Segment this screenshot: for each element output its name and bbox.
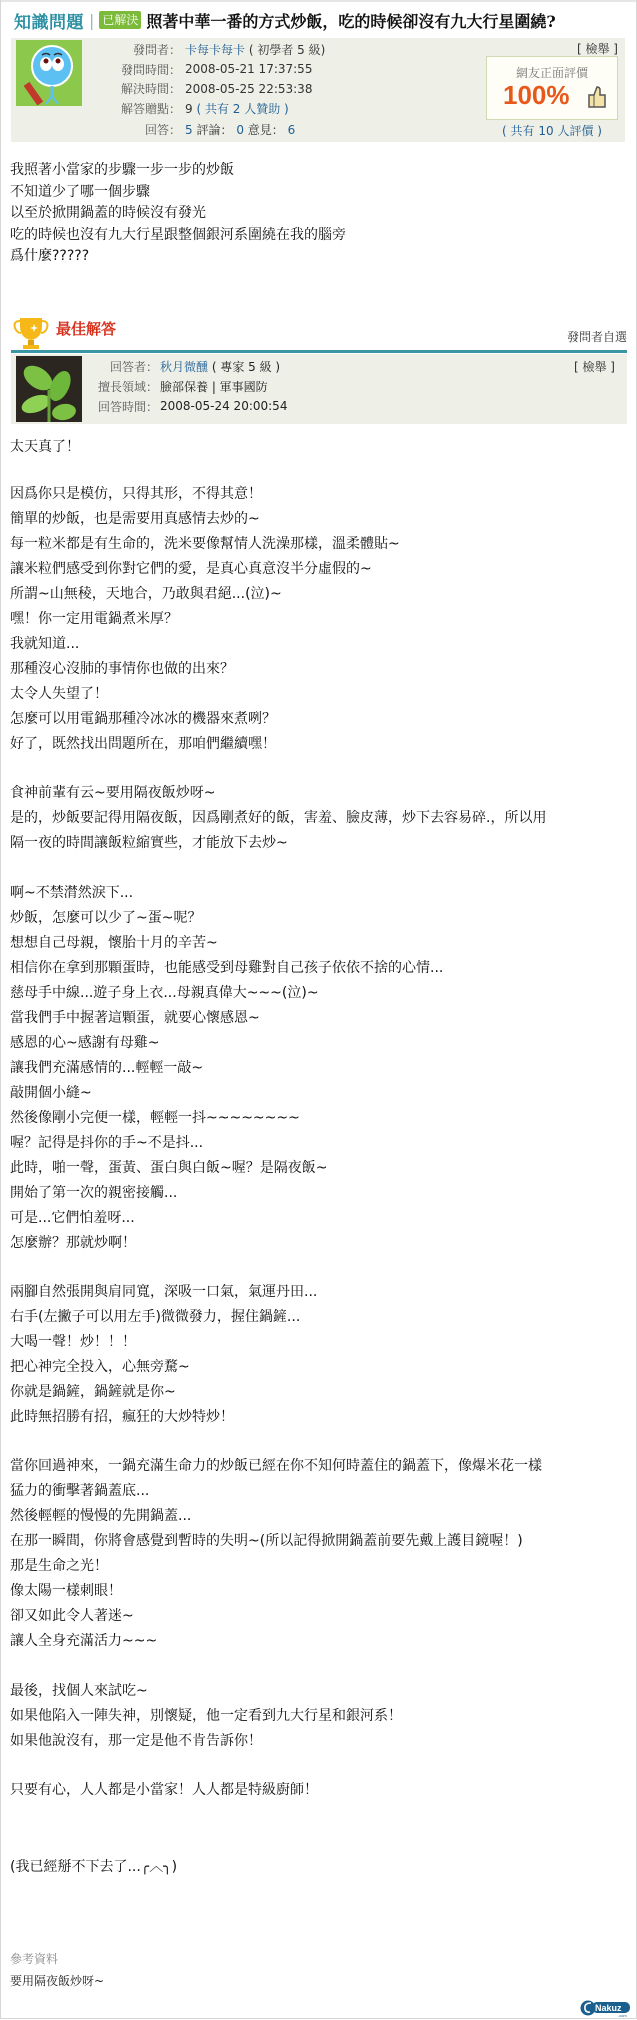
question-line: 不知道少了哪一個步驟 [10, 182, 346, 204]
thumbs-up-icon [587, 85, 607, 109]
answerer-meta: 回答者： 秋月微醺 ( 專家 5 級 ) 擅長領域： 臉部保養 | 軍事國防 回… [83, 356, 287, 416]
report-question-link[interactable]: [ 檢舉 ] [577, 40, 618, 57]
answer-line: 喔？記得是抖你的手~不是抖... [10, 1132, 203, 1154]
answer-line: 是的，炒飯要記得用隔夜飯，因爲剛煮好的飯，害羞、臉皮薄，炒下去容易碎.，所以用 [10, 807, 546, 829]
reference-value: 要用隔夜飯炒呀~ [10, 1972, 104, 1989]
answer-line: 此時，啪一聲，蛋黃、蛋白與白飯~喔？是隔夜飯~ [10, 1157, 327, 1179]
answer-line: 把心神完全投入，心無旁騖~ [10, 1356, 190, 1378]
answer-line: 怎麼可以用電鍋那種冷冰冰的機器來煮咧？ [10, 708, 276, 730]
answerer-info-box: 回答者： 秋月微醺 ( 專家 5 級 ) 擅長領域： 臉部保養 | 軍事國防 回… [11, 354, 627, 424]
points-value: 9 [185, 102, 193, 116]
answer-line: 然後輕輕的慢慢的先開鍋蓋... [10, 1505, 191, 1527]
opinions-count-link[interactable]: 6 [288, 123, 296, 137]
answer-line: 嘿！你一定用電鍋煮米厚？ [10, 608, 178, 630]
answer-line: 那是生命之光！ [10, 1555, 108, 1577]
question-header: 知識問題 | 已解決 照著中華一番的方式炒飯，吃的時候卻沒有九大行星圍繞? [14, 8, 556, 32]
reference-label: 參考資料 [10, 1950, 58, 1967]
best-answer-divider [11, 350, 627, 353]
answerer-level: ( 專家 5 級 ) [212, 360, 280, 374]
question-line: 爲什麼????? [10, 246, 346, 268]
opinions-label: 意見： [248, 123, 284, 137]
answer-line: 可是...它們怕羞呀... [10, 1207, 135, 1229]
divider: | [89, 11, 94, 30]
question-meta: 發問者： 卡每卡每卡 ( 初學者 5 級) 發問時間： 2008-05-21 1… [91, 38, 325, 140]
answer-line: 因爲你只是模仿，只得其形，不得其意！ [10, 483, 262, 505]
comments-count-link[interactable]: 0 [236, 123, 244, 137]
answer-line: 如果他陷入一陣失神，別懷疑，他一定看到九大行星和銀河系！ [10, 1705, 402, 1727]
answer-line: 我就知道... [10, 633, 79, 655]
expertise-value: 臉部保養 | 軍事國防 [160, 378, 268, 395]
best-answer-title: 最佳解答 [56, 318, 116, 339]
answer-line: 慈母手中線...遊子身上衣...母親真偉大~~~(泣)~ [10, 982, 319, 1004]
answer-line: 好了，既然找出問題所在，那咱們繼續嘿！ [10, 733, 276, 755]
asked-time: 2008-05-21 17:37:55 [185, 62, 312, 76]
answer-line: 啊~不禁潸然淚下... [10, 882, 133, 904]
asker-name-link[interactable]: 卡每卡每卡 [185, 43, 245, 57]
answerer-label: 回答者： [83, 358, 158, 375]
solved-time: 2008-05-25 22:53:38 [185, 82, 312, 96]
answer-line: 那種沒心沒肺的事情你也做的出來？ [10, 658, 234, 680]
answer-time-label: 回答時間： [83, 398, 158, 415]
answer-line: 右手(左撇子可以用左手)微微發力，握住鍋鏟... [10, 1306, 300, 1328]
answer-line: 兩腳自然張開與肩同寬，深吸一口氣，氣運丹田... [10, 1281, 317, 1303]
solved-time-label: 解決時間： [91, 80, 181, 97]
svg-text:Nakuz: Nakuz [595, 2003, 622, 2013]
comments-label: 評論： [196, 123, 232, 137]
answer-line: 怎麼辦？那就炒啊！ [10, 1232, 136, 1254]
answer-line: 當你回過神來，一鍋充滿生命力的炒飯已經在你不知何時蓋住的鍋蓋下，像爆米花一樣 [10, 1455, 542, 1477]
status-badge: 已解決 [99, 11, 141, 29]
report-answer-link[interactable]: [ 檢舉 ] [574, 358, 615, 375]
cartoon-avatar-icon [16, 40, 82, 106]
answer-line: 然後像剛小完便一樣，輕輕一抖~~~~~~~~ [10, 1107, 300, 1129]
answer-line: 太令人失望了！ [10, 683, 108, 705]
question-line: 以至於掀開鍋蓋的時候沒有發光 [10, 203, 346, 225]
answer-time: 2008-05-24 20:00:54 [160, 399, 287, 413]
asked-time-label: 發問時間： [91, 61, 181, 78]
answer-line: 太天真了！ [10, 436, 80, 458]
answer-line: 你就是鍋鏟，鍋鏟就是你~ [10, 1381, 176, 1403]
answer-line: 隔一夜的時間讓飯粒縮實些，才能放下去炒~ [10, 832, 288, 854]
answer-line: (我已經掰不下去了...╭︿╮) [10, 1856, 177, 1878]
sprout-avatar-icon [16, 356, 82, 422]
answerer-avatar[interactable] [16, 356, 82, 422]
answer-line: 簡單的炒飯，也是需要用真感情去炒的~ [10, 508, 260, 530]
answer-line: 猛力的衝擊著鍋蓋底... [10, 1480, 149, 1502]
rating-value: 100% [503, 80, 570, 111]
chosen-by-label: 發問者自選 [567, 328, 627, 345]
answer-line: 最後，找個人來試吃~ [10, 1680, 148, 1702]
answer-line: 開始了第一次的親密接觸... [10, 1182, 177, 1204]
sponsors-link[interactable]: ( 共有 2 人贊助 ) [196, 102, 288, 116]
answer-line: 炒飯，怎麼可以少了~蛋~呢？ [10, 907, 201, 929]
answer-line: 只要有心，人人都是小當家！人人都是特級廚師！ [10, 1779, 318, 1801]
answer-line: 食神前輩有云~要用隔夜飯炒呀~ [10, 782, 215, 804]
answer-line: 卻又如此令人著迷~ [10, 1605, 134, 1627]
question-info-box: 發問者： 卡每卡每卡 ( 初學者 5 級) 發問時間： 2008-05-21 1… [11, 38, 625, 142]
expertise-label: 擅長領域： [83, 378, 158, 395]
points-label: 解答贈點： [91, 100, 181, 117]
nakuz-logo-icon: Nakuz .com [580, 1999, 632, 2017]
page-title: 照著中華一番的方式炒飯，吃的時候卻沒有九大行星圍繞? [146, 9, 555, 32]
rating-count-link[interactable]: ( 共有 10 人評價 ) [486, 122, 618, 139]
question-body: 我照著小當家的步驟一步一步的炒飯 不知道少了哪一個步驟 以至於掀開鍋蓋的時候沒有… [10, 160, 346, 268]
question-line: 我照著小當家的步驟一步一步的炒飯 [10, 160, 346, 182]
answer-line: 敲開個小縫~ [10, 1082, 92, 1104]
answer-line: 此時無招勝有招，瘋狂的大炒特炒！ [10, 1406, 234, 1428]
answerer-name-link[interactable]: 秋月微醺 [160, 360, 208, 374]
answer-line: 如果他說沒有，那一定是他不肯告訴你！ [10, 1730, 262, 1752]
trophy-icon [12, 316, 52, 350]
answer-line: 相信你在拿到那顆蛋時，也能感受到母雞對自己孩子依依不捨的心情... [10, 957, 443, 979]
best-answer-header: 最佳解答 發問者自選 [10, 316, 627, 350]
answer-line: 所謂~山無稜，天地合，乃敢與君絕...(泣)~ [10, 583, 282, 605]
answer-line: 讓我們充滿感情的...輕輕一敲~ [10, 1057, 203, 1079]
answer-line: 感恩的心~感謝有母雞~ [10, 1032, 159, 1054]
svg-text:.com: .com [618, 2013, 627, 2017]
answer-line: 像太陽一樣刺眼！ [10, 1580, 122, 1602]
answer-line: 讓人全身充滿活力~~~ [10, 1630, 157, 1652]
answer-line: 大喝一聲！炒！！！ [10, 1331, 136, 1353]
answer-line: 每一粒米都是有生命的，洗米要像幫情人洗澡那樣，溫柔體貼~ [10, 533, 400, 555]
rating-box: 網友正面評價 100% [486, 56, 618, 120]
section-label[interactable]: 知識問題 [14, 8, 84, 33]
answer-line: 想想自己母親，懷胎十月的辛苦~ [10, 932, 218, 954]
answers-count-link[interactable]: 5 [185, 123, 193, 137]
asker-label: 發問者： [91, 41, 181, 58]
asker-avatar[interactable] [16, 40, 82, 106]
asker-level: ( 初學者 5 級) [249, 43, 325, 57]
answer-line: 在那一瞬間，你將會感覺到暫時的失明~(所以記得掀開鍋蓋前要先戴上護目鏡喔！) [10, 1530, 523, 1552]
answer-line: 讓米粒們感受到你對它們的愛，是真心真意沒半分虛假的~ [10, 558, 372, 580]
answers-label: 回答： [91, 121, 181, 138]
rating-label: 網友正面評價 [487, 64, 617, 81]
answer-line: 當我們手中握著這顆蛋，就要心懷感恩~ [10, 1007, 260, 1029]
question-line: 吃的時候也沒有九大行星跟整個銀河系圍繞在我的腦旁 [10, 225, 346, 247]
